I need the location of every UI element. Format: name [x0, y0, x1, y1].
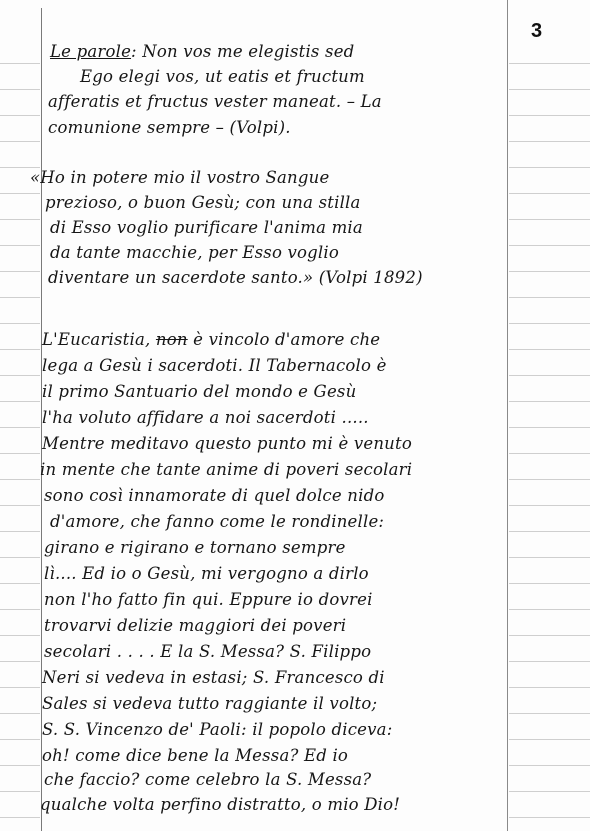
text-line: che faccio? come celebro la S. Messa? [44, 770, 371, 789]
text-line: S. S. Vincenzo de' Paoli: il popolo dice… [42, 720, 392, 739]
manuscript-page: 3 Le parole: Non vos me elegistis sed Eg… [0, 0, 590, 831]
text-line: afferatis et fructus vester maneat. – La [48, 92, 382, 111]
text-line: secolari . . . . E la S. Messa? S. Filip… [44, 642, 371, 661]
text-line: sono così innamorate di quel dolce nido [44, 486, 384, 505]
text-line: il primo Santuario del mondo e Gesù [42, 382, 356, 401]
text-line: non l'ho fatto fin qui. Eppure io dovrei [44, 590, 373, 609]
text-line: L'Eucaristia, non è vincolo d'amore che [42, 330, 380, 349]
text-line: prezioso, o buon Gesù; con una stilla [45, 193, 361, 212]
struck-word: non [156, 330, 188, 349]
text-line: Sales si vedeva tutto raggiante il volto… [42, 694, 377, 713]
text-line: oh! come dice bene la Messa? Ed io [42, 746, 348, 765]
text-line: l'ha voluto affidare a noi sacerdoti ...… [42, 408, 369, 427]
text-line: Mentre meditavo questo punto mi è venuto [42, 434, 412, 453]
text-line: lì.... Ed io o Gesù, mi vergogno a dirlo [44, 564, 369, 583]
text-line: d'amore, che fanno come le rondinelle: [50, 512, 384, 531]
text-line: girano e rigirano e tornano sempre [44, 538, 346, 557]
text-line: diventare un sacerdote santo.» (Volpi 18… [48, 268, 423, 287]
text-line: trovarvi delizie maggiori dei poveri [44, 616, 346, 635]
right-margin-line [507, 0, 508, 831]
text-line: «Ho in potere mio il vostro Sangue [30, 168, 329, 187]
text-line: in mente che tante anime di poveri secol… [40, 460, 412, 479]
text-line: Ego elegi vos, ut eatis et fructum [80, 67, 365, 86]
text-line: Neri si vedeva in estasi; S. Francesco d… [42, 668, 385, 687]
text-line: da tante macchie, per Esso voglio [50, 243, 339, 262]
text-line: Le parole: Non vos me elegistis sed [50, 42, 354, 61]
text-line: lega a Gesù i sacerdoti. Il Tabernacolo … [42, 356, 387, 375]
page-number: 3 [531, 20, 542, 43]
text-line: di Esso voglio purificare l'anima mia [50, 218, 363, 237]
text-line: qualche volta perfino distratto, o mio D… [40, 795, 400, 814]
text-line: comunione sempre – (Volpi). [48, 118, 291, 137]
heading-le-parole: Le parole [50, 42, 131, 61]
